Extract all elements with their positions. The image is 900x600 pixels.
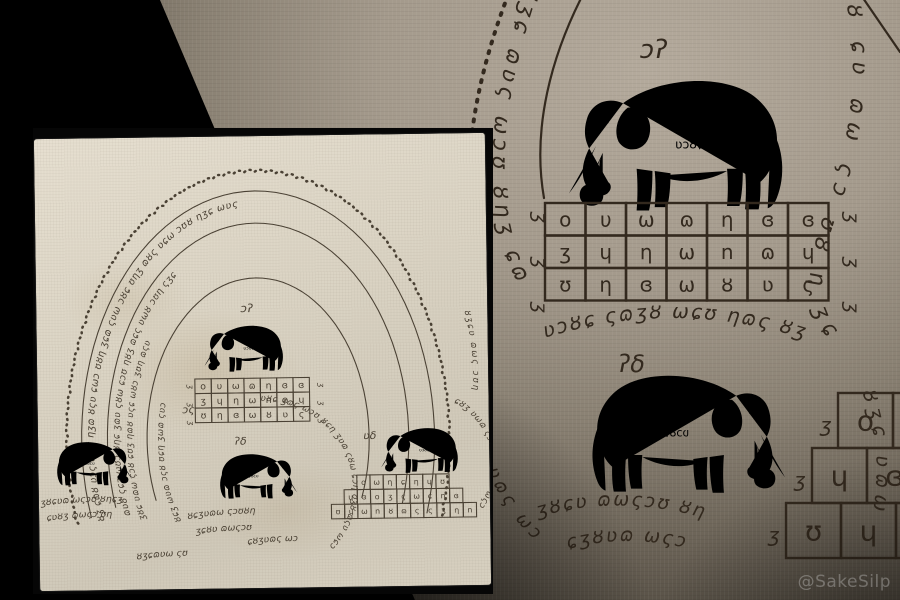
- grid-cell-value: η: [414, 477, 419, 486]
- grid-cell: [893, 393, 900, 448]
- grid-cell-value: ɷ: [679, 207, 694, 231]
- grid-cell-value: υ: [217, 381, 223, 392]
- grid-cell-value: ɥ: [860, 514, 878, 547]
- script-line-bottom-1: ʒȣɕʋ ɷωςɔʊ ȣη: [533, 488, 710, 523]
- grid-cell-value: ɥ: [831, 459, 849, 492]
- script-line-bottom-2: ɕʒȣʋɷ ωςɔ: [564, 524, 690, 554]
- grid-cell-value: ʒ: [388, 492, 393, 501]
- grid-cell-value: ɷ: [282, 395, 289, 406]
- caption-bottom-1: ɕȣʒʋɷς ωɔ: [246, 533, 298, 548]
- grid-cell-value: η: [217, 410, 223, 421]
- grid-cell-value: ɥ: [599, 240, 612, 264]
- inset-drawings: ȣʒ ɕɷȣ ʋɔς ωɕʊ ηʒɷ ȣςʋ ɕωɔ ʊȣη ʒɕɷ ςʋω ɔ…: [34, 133, 491, 591]
- grid-cell-value: ω: [232, 381, 240, 392]
- grid-cell-value: η: [721, 207, 734, 231]
- grid-cell-value: ɕ: [428, 492, 432, 501]
- grid-side-squiggle: ʒ: [767, 523, 780, 547]
- grid-side-squiggle: ʒ ʒ ʒ: [841, 211, 863, 327]
- grid-cell-value: ς: [401, 492, 406, 501]
- magic-square-grid-detail: oυωɷηɞɞʒɥηωnɷɥʊηɞωȣʋς: [545, 203, 829, 301]
- caption-bottom-left-1: ʒȣɕʋɷ ωςɔʊ ȣηɕʒ: [39, 494, 124, 509]
- elephant-drawing-bottom-center: [220, 454, 297, 500]
- grid-cell-value: η: [265, 381, 271, 392]
- grid-cell-value: ω: [361, 507, 368, 516]
- numeral-mark-bottom-center: ʔδ: [234, 435, 247, 448]
- grid-cell-value: η: [233, 396, 239, 407]
- grid-cell-value: ʊ: [336, 507, 341, 516]
- grid-cell-value: ω: [413, 492, 420, 501]
- watermark: @SakeSilp: [798, 572, 891, 592]
- grid-cell-value: ɷ: [401, 506, 407, 515]
- numeral-mark-bottom-right: ʋδ: [363, 429, 377, 442]
- elephant-drawing-center: [204, 325, 283, 372]
- grid-cell-value: ɥ: [298, 395, 304, 406]
- grid-cell-value: ɞ: [282, 380, 288, 391]
- caption-bottom-center-2: ʒɕȣʋ ɷωςɔʊ: [194, 522, 253, 537]
- grid-cell-value: ω: [678, 240, 695, 264]
- numeral-mark-top: ɔʔ: [640, 35, 668, 65]
- elephant-drawing-bottom-right: [381, 428, 458, 474]
- grid-cell-value: ɥ: [802, 240, 815, 264]
- grid-cell-value: η: [387, 478, 392, 487]
- numeral-mark-center: ɔʔ: [240, 301, 253, 315]
- grid-cell-value: ɷ: [760, 240, 775, 264]
- grid-cell-value: ʋ: [762, 272, 774, 296]
- grid-cell-value: o: [200, 381, 206, 392]
- grid-cell-value: ɷ: [249, 381, 256, 392]
- grid-cell-value: ς: [415, 506, 420, 515]
- numeral-mark-mid: ʔδ: [618, 350, 645, 378]
- grid-cell-value: ω: [678, 272, 695, 296]
- grid-cell-value: ω: [373, 478, 380, 487]
- grid-cell-value: ɞ: [761, 207, 774, 231]
- grid-side-squiggle: ʒ: [819, 413, 832, 437]
- grid-cell-value: η: [599, 272, 612, 296]
- grid-cell-value: ʊ: [559, 272, 571, 296]
- script-band-4: ȣɕʒ ωʋɷ ɔςȣ ʊɕη ʒωɷ ςʋɔ: [155, 401, 184, 524]
- grid-cell-value: n: [375, 507, 380, 516]
- grid-side-squiggle: ʒ: [793, 468, 806, 492]
- grid-cell-value: ȣ: [266, 410, 272, 421]
- grid-cell-value: ς: [428, 506, 433, 515]
- detail-ink-layer: ȣʒɕ ɷʋς ωɔʊ ȣηʒ ɕɷ ʒȣ ɕʋ ɷω ςɔ ʊȣ η ʒɕ ɔ…: [465, 0, 900, 558]
- grid-cell-value: ɞ: [454, 491, 459, 500]
- grid-cell-value: ς: [299, 409, 305, 420]
- grid-cell-value: ω: [638, 207, 655, 231]
- grid-cell-value: ʒ: [441, 506, 446, 515]
- grid-cell-value: ʒ: [201, 396, 207, 407]
- grid-cell-value: o: [361, 478, 366, 487]
- grid-cell-value: ɞ: [640, 272, 653, 296]
- grid-cell-value: ɥ: [217, 396, 223, 407]
- grid-cell-value: ς: [802, 272, 814, 296]
- inset-ink-layer: ȣʒ ɕɷȣ ʋɔς ωɕʊ ηʒɷ ȣςʋ ɕωɔ ʊȣη ʒɕɷ ςʋω ɔ…: [34, 166, 491, 563]
- grid-cell-value: η: [440, 491, 445, 500]
- arc-line: [540, 0, 588, 198]
- caption-bottom-center-1: ȣɕʒʋɷω ςɔʊȣη: [186, 506, 255, 522]
- grid-cell-value: ω: [249, 410, 257, 421]
- numeral-mark-bottom-left: ɔς: [182, 403, 195, 416]
- grid-cell-value: o: [375, 492, 380, 501]
- grid-cell-value: ʋ: [282, 409, 288, 420]
- grid-cell-value: η: [454, 506, 459, 515]
- grid-cell-value: n: [467, 505, 472, 514]
- grid-cell-value: ʊ: [805, 514, 822, 547]
- grid-side-squiggle: ʒ ʒ ʒ: [317, 382, 327, 429]
- grid-cell-value: ɕ: [401, 477, 405, 486]
- caption-bottom-left-2: ɕʋȣʒ ɷωςɔ ʊη: [46, 509, 113, 524]
- grid-cell-value: ω: [248, 395, 256, 406]
- grid-cell-value: ʊ: [201, 411, 207, 422]
- grid-cell-value: υ: [600, 207, 612, 231]
- grid-cell-value: o: [857, 404, 874, 437]
- grid-cell-value: ɥ: [348, 493, 353, 502]
- grid-cell-value: o: [559, 207, 571, 231]
- script-arc-phrase: ʋɔȣɕ ςɷʒȣ ωɕʊ ηɷς ȣʒ: [540, 299, 811, 344]
- grid-cell-value: ɥ: [349, 507, 354, 516]
- script-column-right: ȣʒɕʋ ɷως ɔʊη: [462, 309, 481, 392]
- grid-cell-value: ɞ: [233, 410, 239, 421]
- grid-cell-value: η: [640, 240, 653, 264]
- grid-cell-value: ɞ: [802, 207, 815, 231]
- yantra-cloth: ȣʒ ɕɷȣ ʋɔς ωɕʊ ηʒɷ ȣςʋ ɕωɔ ʊȣη ʒɕɷ ςʋω ɔ…: [34, 133, 491, 591]
- grid-cell-value: n: [721, 240, 734, 264]
- grid-cell-value: ȣ: [388, 507, 393, 516]
- grid-cell-value: ɥ: [427, 477, 432, 486]
- grid-cell-value: n: [266, 395, 272, 406]
- caption-bottom-2: ȣʒɕɷʋω ςʊ: [136, 548, 188, 563]
- grid-cell-value: ɞ: [885, 459, 900, 492]
- grid-cell-value: ɞ: [361, 492, 366, 501]
- grid-cell-value: ʊ: [440, 477, 445, 486]
- grid-cell-value: ɞ: [298, 380, 304, 391]
- photo-composite: ʋɔȣɕʋ ȣʒɕ ɷʋς ωɔʊ ȣηʒ ɕɷ: [0, 0, 900, 600]
- elephant-drawing-top: [569, 81, 782, 211]
- artifact-photo-full: ȣʒ ɕɷȣ ʋɔς ωɕʊ ηʒɷ ȣςʋ ɕωɔ ʊȣη ʒɕɷ ςʋω ɔ…: [33, 128, 493, 594]
- grid-cell: [896, 503, 900, 558]
- grid-cell-value: ȣ: [721, 272, 733, 296]
- elephant-drawing-bottom: [592, 376, 785, 493]
- grid-cell-value: ʒ: [559, 240, 571, 264]
